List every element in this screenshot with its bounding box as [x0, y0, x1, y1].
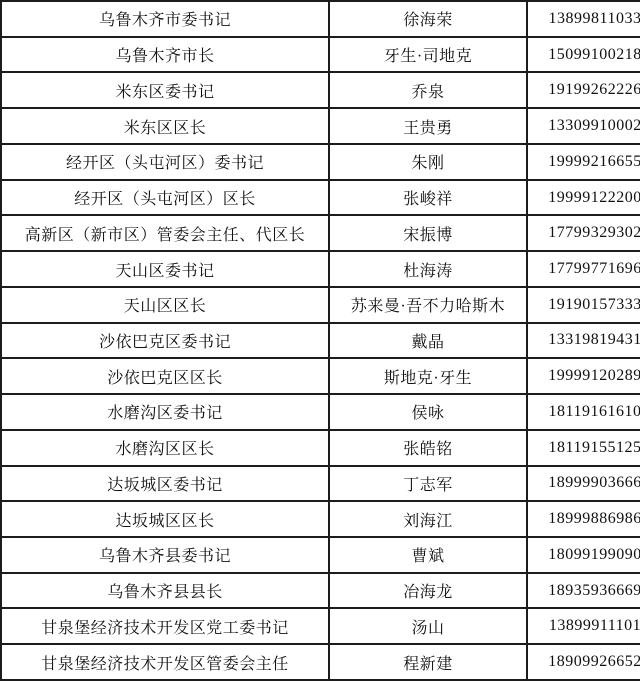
table-row: 水磨沟区区长 张皓铭 18119155125	[1, 430, 640, 466]
phone-cell: 19999216655	[527, 144, 640, 180]
name-cell: 汤山	[329, 608, 527, 644]
position-cell: 甘泉堡经济技术开发区管委会主任	[1, 644, 329, 680]
table-row: 经开区（头屯河区）委书记 朱刚 19999216655	[1, 144, 640, 180]
table-row: 甘泉堡经济技术开发区党工委书记 汤山 13899911101	[1, 608, 640, 644]
table-row: 米东区区长 王贵勇 13309910002	[1, 108, 640, 144]
name-cell: 王贵勇	[329, 108, 527, 144]
phone-cell: 13899911101	[527, 608, 640, 644]
phone-cell: 13899811033	[527, 1, 640, 37]
contact-table: 乌鲁木齐市委书记 徐海荣 13899811033 乌鲁木齐市长 牙生·司地克 1…	[0, 0, 640, 681]
phone-cell: 19999122200	[527, 180, 640, 216]
position-cell: 乌鲁木齐县委书记	[1, 537, 329, 573]
table-row: 沙依巴克区区长 斯地克·牙生 19999120289	[1, 358, 640, 394]
table-row: 高新区（新市区）管委会主任、代区长 宋振博 17799329302	[1, 215, 640, 251]
name-cell: 苏来曼·吾不力哈斯木	[329, 287, 527, 323]
phone-cell: 18999903666	[527, 466, 640, 502]
table-row: 达坂城区委书记 丁志军 18999903666	[1, 466, 640, 502]
position-cell: 沙依巴克区区长	[1, 358, 329, 394]
position-cell: 天山区区长	[1, 287, 329, 323]
phone-cell: 13309910002	[527, 108, 640, 144]
position-cell: 乌鲁木齐市委书记	[1, 1, 329, 37]
name-cell: 程新建	[329, 644, 527, 680]
position-cell: 甘泉堡经济技术开发区党工委书记	[1, 608, 329, 644]
position-cell: 水磨沟区区长	[1, 430, 329, 466]
table-row: 水磨沟区委书记 侯咏 18119161610	[1, 394, 640, 430]
name-cell: 牙生·司地克	[329, 37, 527, 73]
phone-cell: 19190157333	[527, 287, 640, 323]
phone-cell: 15099100218	[527, 37, 640, 73]
table-row: 天山区区长 苏来曼·吾不力哈斯木 19190157333	[1, 287, 640, 323]
name-cell: 戴晶	[329, 323, 527, 359]
contact-table-body: 乌鲁木齐市委书记 徐海荣 13899811033 乌鲁木齐市长 牙生·司地克 1…	[1, 1, 640, 680]
position-cell: 经开区（头屯河区）委书记	[1, 144, 329, 180]
table-row: 乌鲁木齐县县长 冶海龙 18935936669	[1, 573, 640, 609]
name-cell: 侯咏	[329, 394, 527, 430]
table-row: 米东区委书记 乔泉 19199262226	[1, 72, 640, 108]
table-row: 达坂城区区长 刘海江 18999886986	[1, 501, 640, 537]
position-cell: 沙依巴克区委书记	[1, 323, 329, 359]
phone-cell: 18935936669	[527, 573, 640, 609]
position-cell: 乌鲁木齐县县长	[1, 573, 329, 609]
name-cell: 徐海荣	[329, 1, 527, 37]
table-row: 天山区委书记 杜海涛 17799771696	[1, 251, 640, 287]
phone-cell: 18099199090	[527, 537, 640, 573]
table-row: 甘泉堡经济技术开发区管委会主任 程新建 18909926652	[1, 644, 640, 680]
position-cell: 高新区（新市区）管委会主任、代区长	[1, 215, 329, 251]
phone-cell: 18999886986	[527, 501, 640, 537]
position-cell: 达坂城区委书记	[1, 466, 329, 502]
phone-cell: 17799771696	[527, 251, 640, 287]
table-row: 乌鲁木齐市委书记 徐海荣 13899811033	[1, 1, 640, 37]
table-row: 经开区（头屯河区）区长 张峻祥 19999122200	[1, 180, 640, 216]
name-cell: 张峻祥	[329, 180, 527, 216]
name-cell: 杜海涛	[329, 251, 527, 287]
position-cell: 米东区区长	[1, 108, 329, 144]
name-cell: 曹斌	[329, 537, 527, 573]
phone-cell: 13319819431	[527, 323, 640, 359]
name-cell: 乔泉	[329, 72, 527, 108]
name-cell: 丁志军	[329, 466, 527, 502]
phone-cell: 18909926652	[527, 644, 640, 680]
table-row: 乌鲁木齐市长 牙生·司地克 15099100218	[1, 37, 640, 73]
table-row: 沙依巴克区委书记 戴晶 13319819431	[1, 323, 640, 359]
position-cell: 米东区委书记	[1, 72, 329, 108]
position-cell: 天山区委书记	[1, 251, 329, 287]
table-row: 乌鲁木齐县委书记 曹斌 18099199090	[1, 537, 640, 573]
phone-cell: 17799329302	[527, 215, 640, 251]
position-cell: 达坂城区区长	[1, 501, 329, 537]
name-cell: 朱刚	[329, 144, 527, 180]
name-cell: 斯地克·牙生	[329, 358, 527, 394]
phone-cell: 19999120289	[527, 358, 640, 394]
name-cell: 刘海江	[329, 501, 527, 537]
phone-cell: 19199262226	[527, 72, 640, 108]
position-cell: 乌鲁木齐市长	[1, 37, 329, 73]
position-cell: 水磨沟区委书记	[1, 394, 329, 430]
name-cell: 宋振博	[329, 215, 527, 251]
name-cell: 冶海龙	[329, 573, 527, 609]
phone-cell: 18119161610	[527, 394, 640, 430]
phone-cell: 18119155125	[527, 430, 640, 466]
name-cell: 张皓铭	[329, 430, 527, 466]
position-cell: 经开区（头屯河区）区长	[1, 180, 329, 216]
